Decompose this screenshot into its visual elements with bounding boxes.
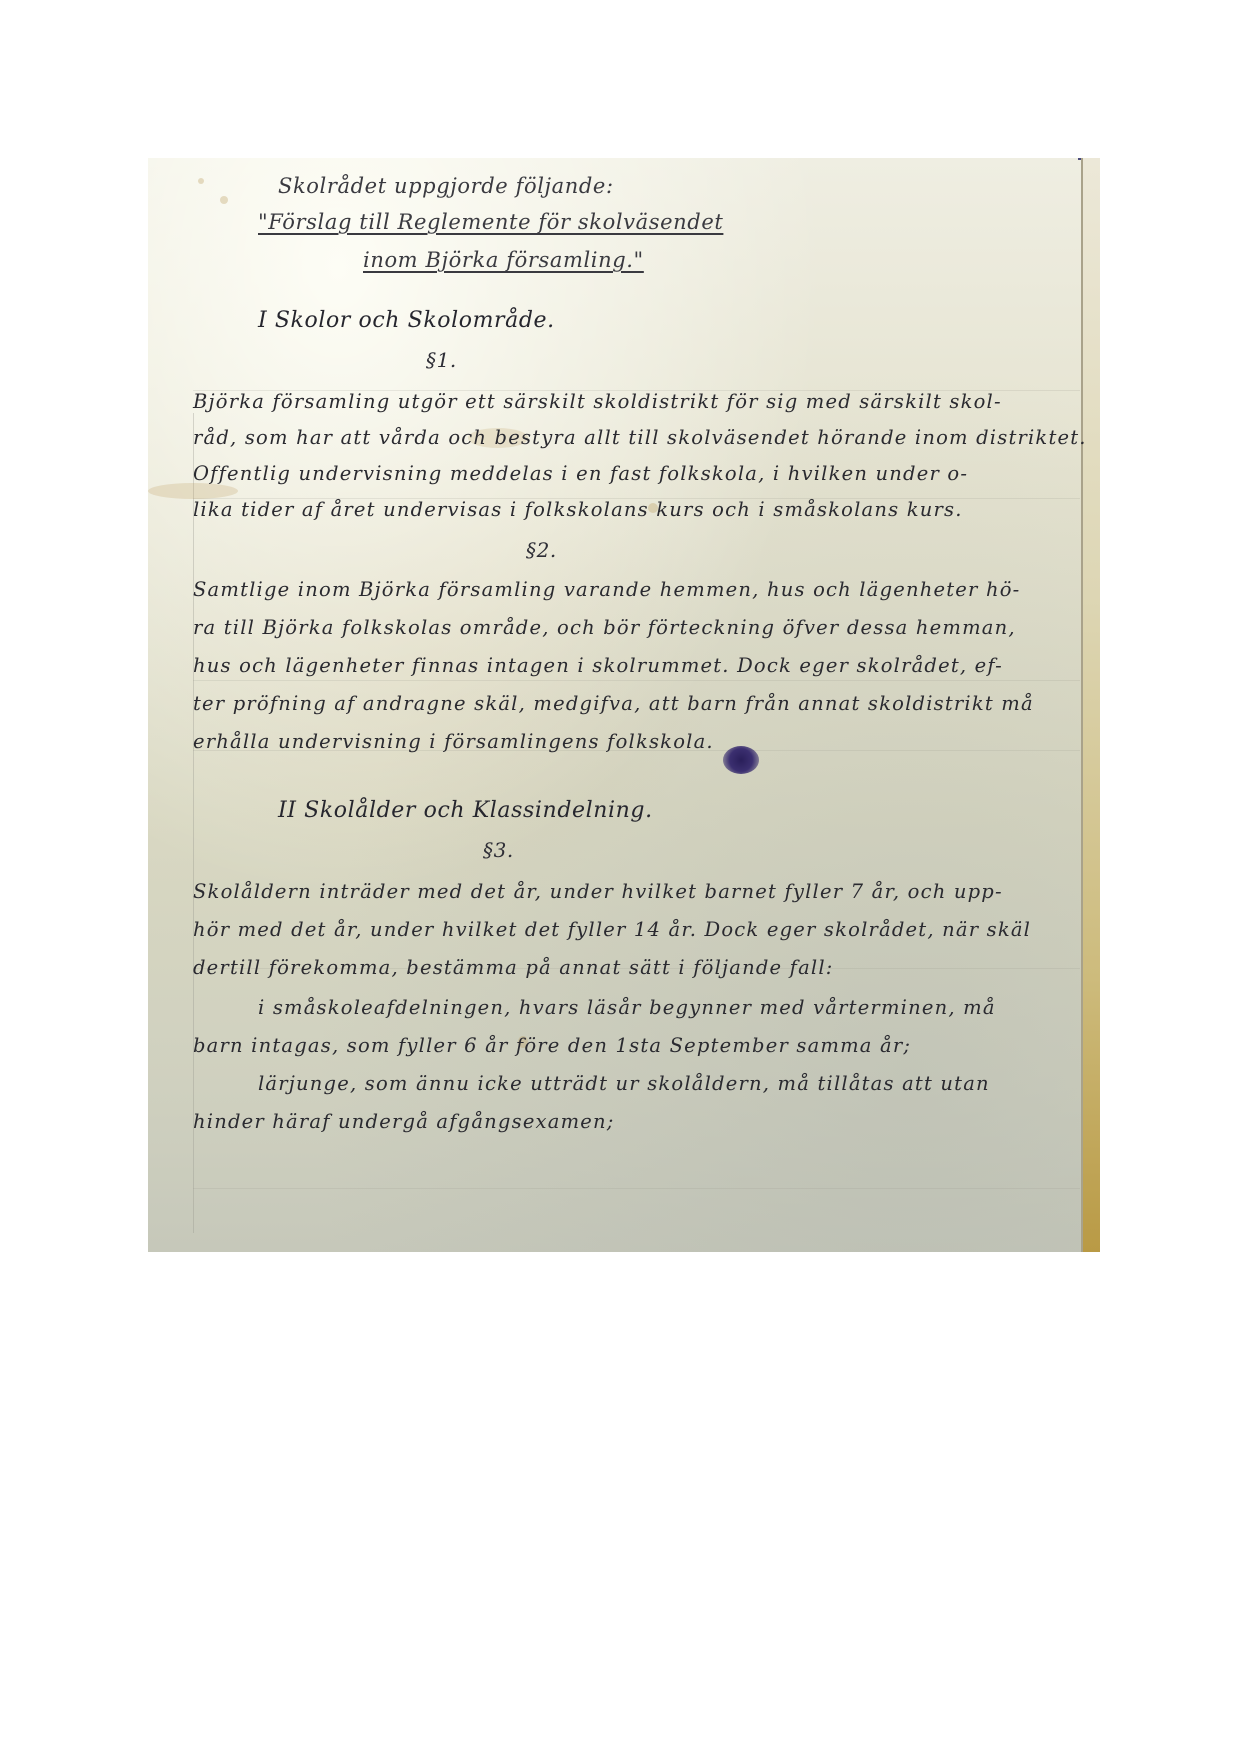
- paragraph-3-line-4: i småskoleafdelningen, hvars läsår begyn…: [258, 996, 996, 1019]
- section-heading-2: II Skolålder och Klassindelning.: [278, 798, 653, 823]
- ruled-line: [193, 1188, 1080, 1189]
- paragraph-3-line-5: barn intagas, som fyller 6 år före den 1…: [193, 1034, 911, 1057]
- paragraph-2-line-2: ra till Björka folkskolas område, och bö…: [193, 616, 1016, 639]
- section-mark-3: §3.: [483, 838, 514, 862]
- paragraph-1-line-4: lika tider af året undervisas i folkskol…: [193, 498, 963, 521]
- paragraph-1-line-1: Björka församling utgör ett särskilt sko…: [193, 390, 1002, 413]
- section-mark-2: §2.: [526, 538, 557, 562]
- paragraph-2-line-4: ter pröfning af andragne skäl, medgifva,…: [193, 692, 1034, 715]
- paragraph-3-line-7: hinder häraf undergå afgångsexamen;: [193, 1110, 615, 1133]
- section-heading-1: I Skolor och Skolområde.: [258, 308, 555, 333]
- paragraph-2-line-5: erhålla undervisning i församlingens fol…: [193, 730, 714, 753]
- paragraph-3-line-2: hör med det år, under hvilket det fyller…: [193, 918, 1031, 941]
- paragraph-3-line-1: Skolåldern inträder med det år, under hv…: [193, 880, 1003, 903]
- manuscript-photo: Skolrådet uppgjorde följande: "Förslag t…: [148, 158, 1100, 1252]
- paragraph-2-line-1: Samtlige inom Björka församling varande …: [193, 578, 1020, 601]
- paragraph-3-line-3: dertill förekomma, bestämma på annat sät…: [193, 956, 834, 979]
- ruled-line: [193, 680, 1080, 681]
- intro-line-3: inom Björka församling.": [363, 248, 644, 272]
- ink-blot: [723, 746, 759, 774]
- stain: [148, 483, 238, 499]
- paragraph-1-line-2: råd, som har att vårda och bestyra allt …: [193, 426, 1087, 449]
- stain: [220, 196, 228, 204]
- section-mark-1: §1.: [426, 348, 457, 372]
- paragraph-3-line-6: lärjunge, som ännu icke utträdt ur skolå…: [258, 1072, 990, 1095]
- stain: [198, 178, 204, 184]
- intro-line-2: "Förslag till Reglemente för skolväsende…: [258, 210, 723, 234]
- intro-line-1: Skolrådet uppgjorde följande:: [278, 174, 614, 198]
- paragraph-1-line-3: Offentlig undervisning meddelas i en fas…: [193, 462, 968, 485]
- paragraph-2-line-3: hus och lägenheter finnas intagen i skol…: [193, 654, 1003, 677]
- page-edge: [1081, 158, 1100, 1252]
